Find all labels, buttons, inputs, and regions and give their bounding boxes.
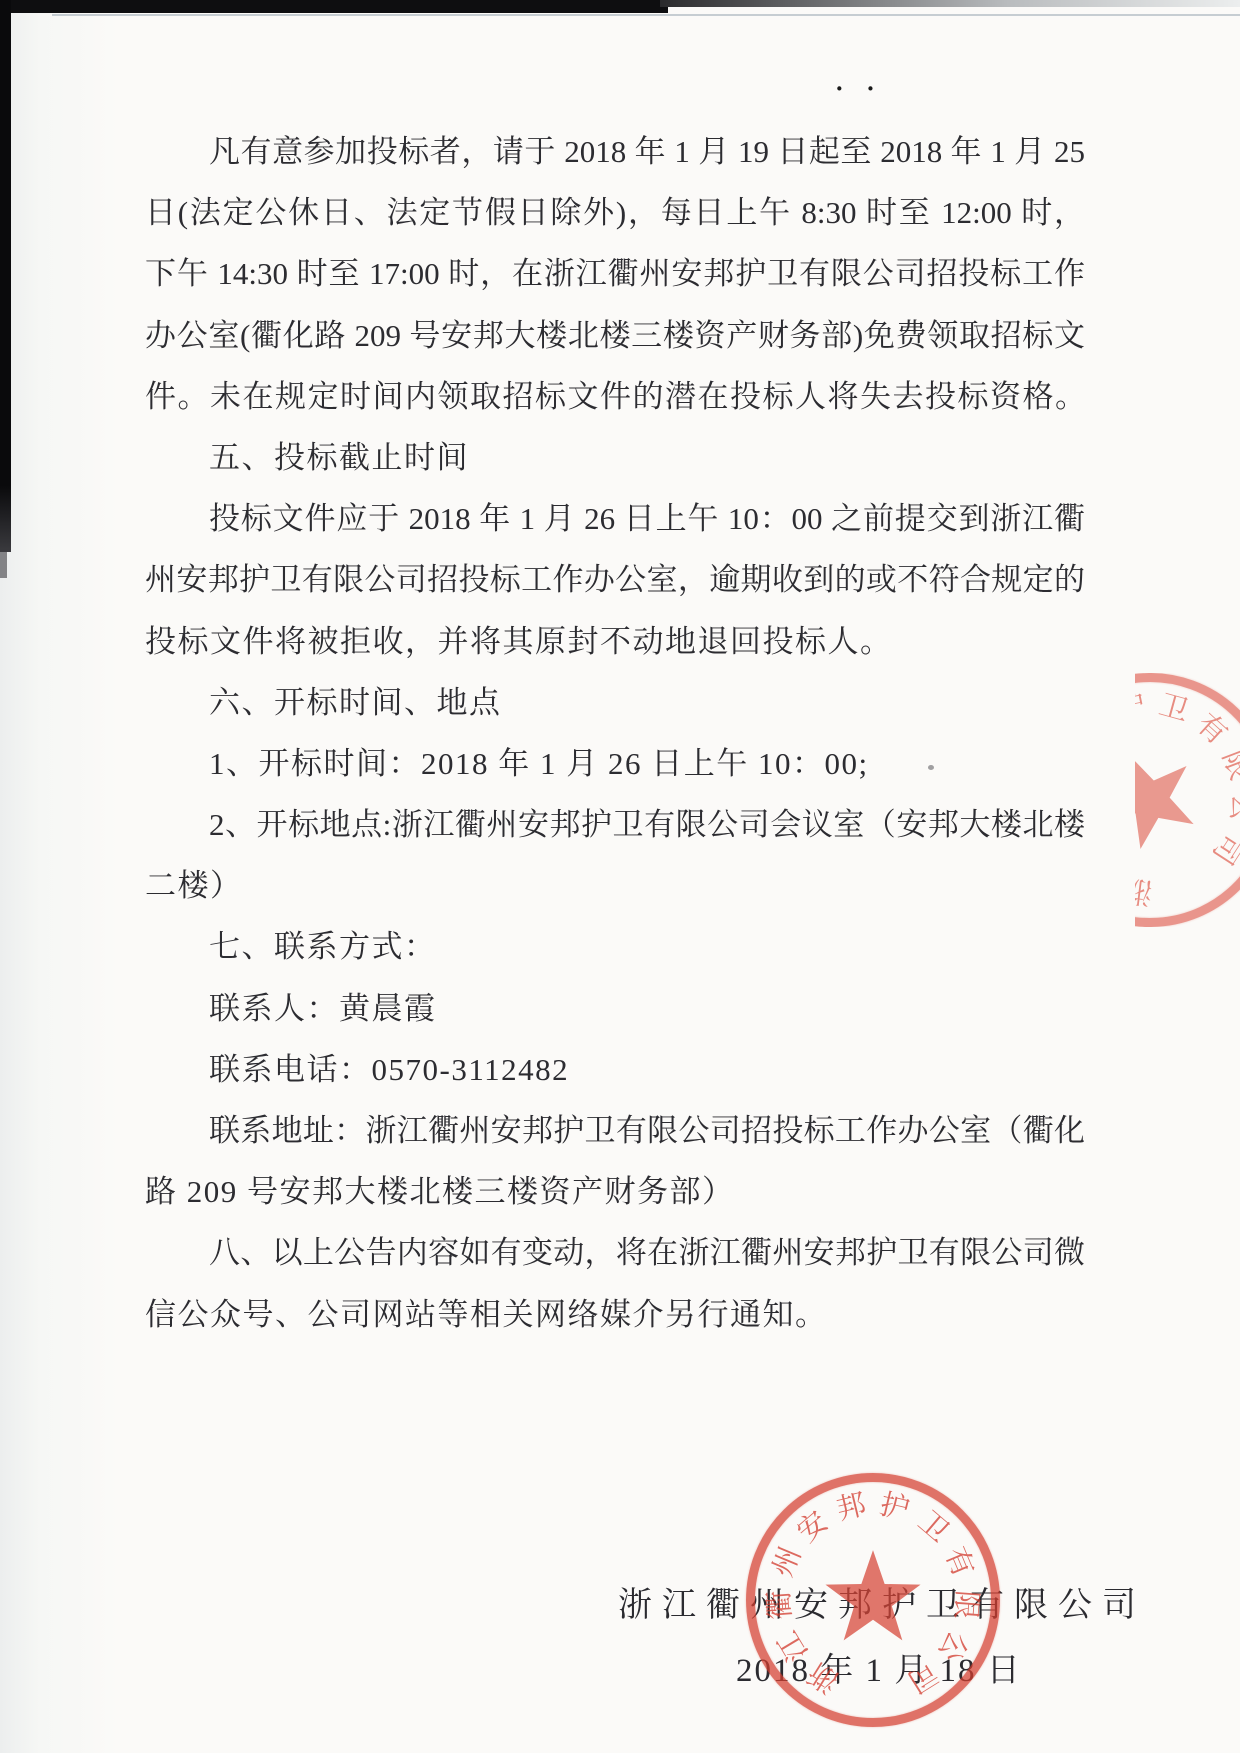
seal-ring-character: 衢 [763,1588,797,1622]
text-line: 八、以上公告内容如有变动，将在浙江衢州安邦护卫有限公司微 [145,1222,1085,1283]
star-icon [821,1548,925,1652]
document-body-text: 凡有意参加投标者，请于 2018 年 1 月 19 日起至 2018 年 1 月… [145,121,1085,1345]
text-line: 凡有意参加投标者，请于 2018 年 1 月 19 日起至 2018 年 1 月… [145,121,1085,182]
text-line: 2、开标地点:浙江衢州安邦护卫有限公司会议室（安邦大楼北楼 [145,794,1085,855]
company-seal-stamp: 浙江衢州安邦护卫有限公司 [746,1473,1000,1727]
scan-line-artifact [52,14,1240,16]
text-line: 路 209 号安邦大楼北楼三楼资产财务部） [145,1161,1085,1222]
punctuation-dots-artifact: · · [835,74,883,104]
text-line: 州安邦护卫有限公司招投标工作办公室，逾期收到的或不符合规定的 [145,549,1085,610]
text-line: 七、联系方式： [145,916,1085,977]
text-line: 办公室(衢化路 209 号安邦大楼北楼三楼资产财务部)免费领取招标文 [145,305,1085,366]
text-line: 投标文件将被拒收，并将其原封不动地退回投标人。 [145,611,1085,672]
text-line: 1、开标时间：2018 年 1 月 26 日上午 10：00; [145,733,1085,794]
scanned-document-page: · · 凡有意参加投标者，请于 2018 年 1 月 19 日起至 2018 年… [0,0,1240,1753]
text-line: 投标文件应于 2018 年 1 月 26 日上午 10：00 之前提交到浙江衢 [145,488,1085,549]
text-line: 日(法定公休日、法定节假日除外)，每日上午 8:30 时至 12:00 时， [145,182,1085,243]
scan-edge-artifact-left [0,0,11,552]
text-line: 联系电话：0570-3112482 [145,1039,1085,1100]
seal-ring-character: 护 [1112,688,1150,726]
seal-ring-character: 浙 [1120,873,1156,909]
scan-edge-artifact-top-fade [660,0,1240,7]
text-line: 信公众号、公司网站等相关网络媒介另行通知。 [145,1284,1085,1345]
text-line: 件。未在规定时间内领取招标文件的潜在投标人将失去投标资格。 [145,366,1085,427]
text-line: 二楼） [145,855,1085,916]
scan-edge-artifact-top [0,0,668,13]
scan-edge-artifact-left-tail [0,552,7,578]
seal-ring-character: 公 [1224,790,1240,825]
text-line: 六、开标时间、地点 [145,672,1085,733]
text-line: 联系地址：浙江衢州安邦护卫有限公司招投标工作办公室（衢化 [145,1100,1085,1161]
text-line: 下午 14:30 时至 17:00 时，在浙江衢州安邦护卫有限公司招投标工作 [145,243,1085,304]
text-line: 联系人：黄晨霞 [145,978,1085,1039]
seal-ring-character: 限 [949,1588,983,1622]
text-line: 五、投标截止时间 [145,427,1085,488]
